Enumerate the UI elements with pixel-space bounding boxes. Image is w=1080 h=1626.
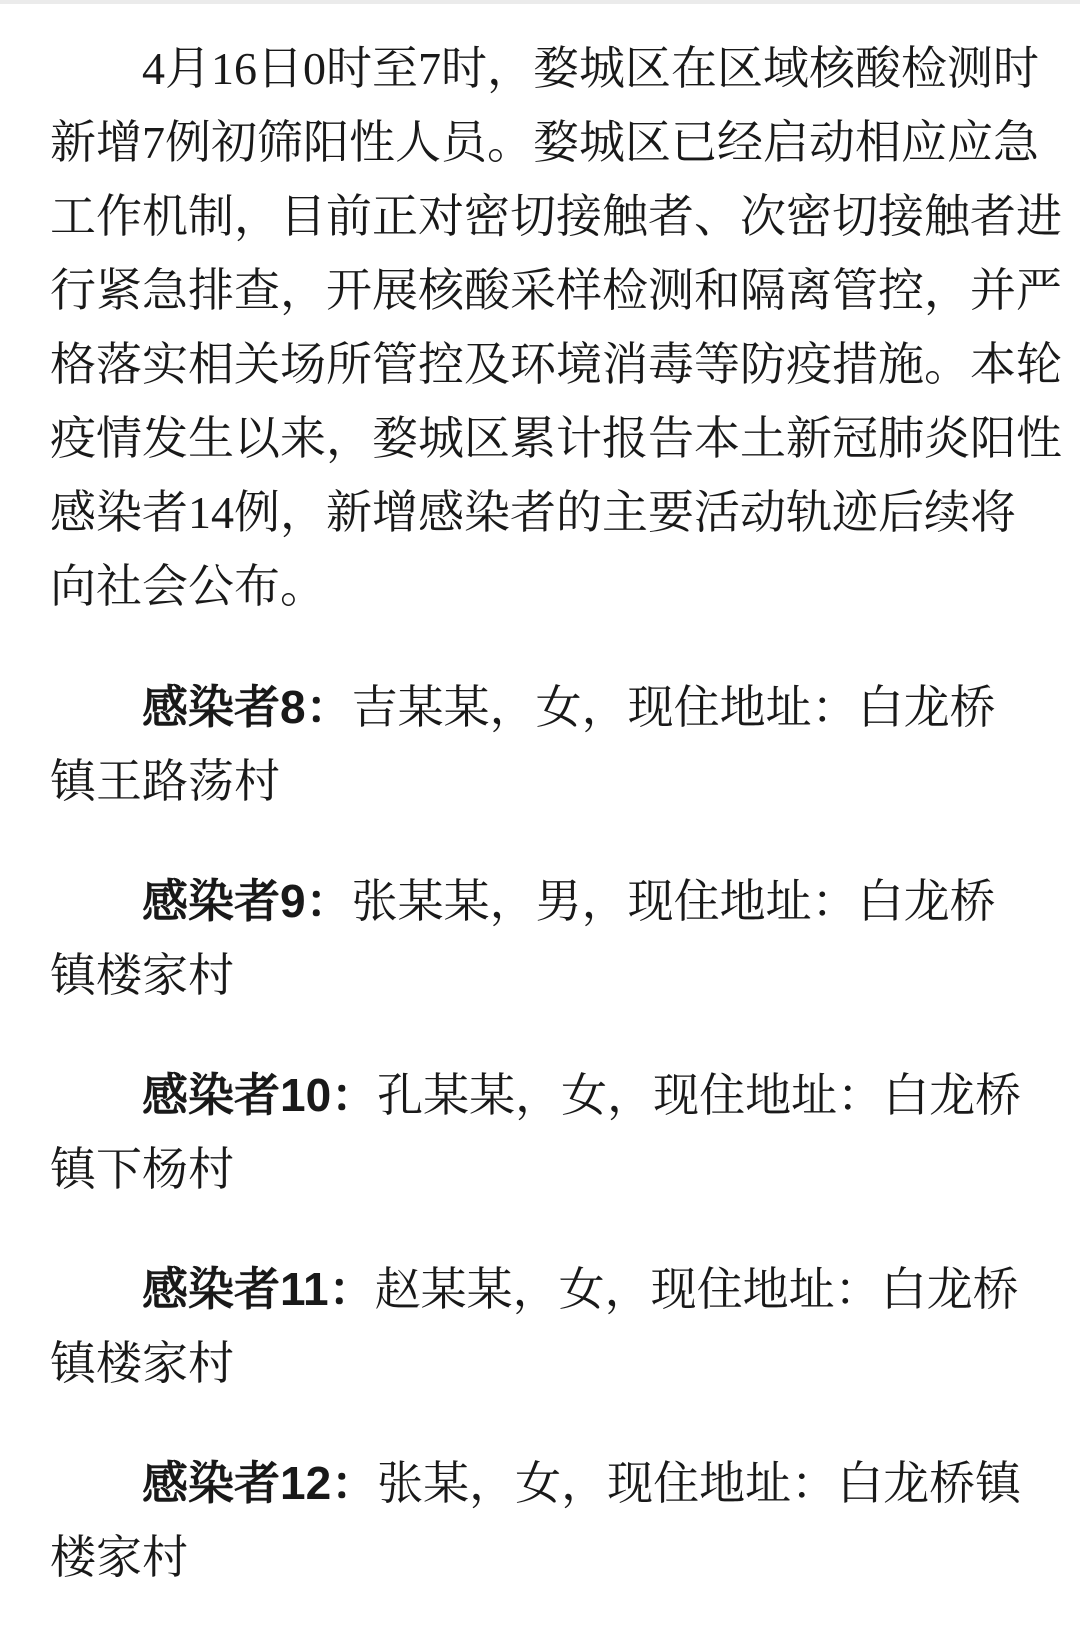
case-line-continuation: 镇楼家村: [50, 1326, 1030, 1400]
case-line-first: 感染者10：孔某某，女，现住地址：白龙桥: [50, 1058, 1030, 1132]
intro-line: 向社会公布。: [50, 550, 1030, 624]
case-detail: 赵某某，女，现住地址：白龙桥: [375, 1263, 1019, 1315]
article-body: 4月16日0时至7时，婺城区在区域核酸检测时新增7例初筛阳性人员。婺城区已经启动…: [0, 4, 1080, 1594]
case-label: 感染者9：: [142, 875, 352, 927]
article-page: 4月16日0时至7时，婺城区在区域核酸检测时新增7例初筛阳性人员。婺城区已经启动…: [0, 0, 1080, 1626]
intro-line: 4月16日0时至7时，婺城区在区域核酸检测时: [50, 32, 1030, 106]
intro-line: 新增7例初筛阳性人员。婺城区已经启动相应应急: [50, 106, 1030, 180]
case-line-continuation: 镇楼家村: [50, 938, 1030, 1012]
case-line-first: 感染者11：赵某某，女，现住地址：白龙桥: [50, 1252, 1030, 1326]
case-detail: 孔某某，女，现住地址：白龙桥: [377, 1069, 1021, 1121]
case-label: 感染者8：: [142, 681, 352, 733]
intro-line: 疫情发生以来，婺城区累计报告本土新冠肺炎阳性: [50, 402, 1030, 476]
case-label: 感染者11：: [142, 1263, 375, 1315]
case-line-continuation: 镇王路荡村: [50, 744, 1030, 818]
case-line-continuation: 镇下杨村: [50, 1132, 1030, 1206]
intro-line: 工作机制，目前正对密切接触者、次密切接触者进: [50, 180, 1030, 254]
intro-line: 格落实相关场所管控及环境消毒等防疫措施。本轮: [50, 328, 1030, 402]
case-paragraph: 感染者11：赵某某，女，现住地址：白龙桥镇楼家村: [50, 1252, 1030, 1400]
case-list: 感染者8：吉某某，女，现住地址：白龙桥镇王路荡村感染者9：张某某，男，现住地址：…: [50, 670, 1030, 1594]
intro-line: 行紧急排查，开展核酸采样检测和隔离管控，并严: [50, 254, 1030, 328]
case-paragraph: 感染者8：吉某某，女，现住地址：白龙桥镇王路荡村: [50, 670, 1030, 818]
case-line-first: 感染者9：张某某，男，现住地址：白龙桥: [50, 864, 1030, 938]
case-detail: 张某，女，现住地址：白龙桥镇: [377, 1457, 1021, 1509]
case-paragraph: 感染者10：孔某某，女，现住地址：白龙桥镇下杨村: [50, 1058, 1030, 1206]
case-label: 感染者12：: [142, 1457, 377, 1509]
intro-line: 感染者14例，新增感染者的主要活动轨迹后续将: [50, 476, 1030, 550]
case-detail: 吉某某，女，现住地址：白龙桥: [352, 681, 996, 733]
case-line-first: 感染者12：张某，女，现住地址：白龙桥镇: [50, 1446, 1030, 1520]
case-label: 感染者10：: [142, 1069, 377, 1121]
case-line-continuation: 楼家村: [50, 1520, 1030, 1594]
intro-paragraph: 4月16日0时至7时，婺城区在区域核酸检测时新增7例初筛阳性人员。婺城区已经启动…: [50, 32, 1030, 624]
case-paragraph: 感染者12：张某，女，现住地址：白龙桥镇楼家村: [50, 1446, 1030, 1594]
case-detail: 张某某，男，现住地址：白龙桥: [352, 875, 996, 927]
case-paragraph: 感染者9：张某某，男，现住地址：白龙桥镇楼家村: [50, 864, 1030, 1012]
case-line-first: 感染者8：吉某某，女，现住地址：白龙桥: [50, 670, 1030, 744]
